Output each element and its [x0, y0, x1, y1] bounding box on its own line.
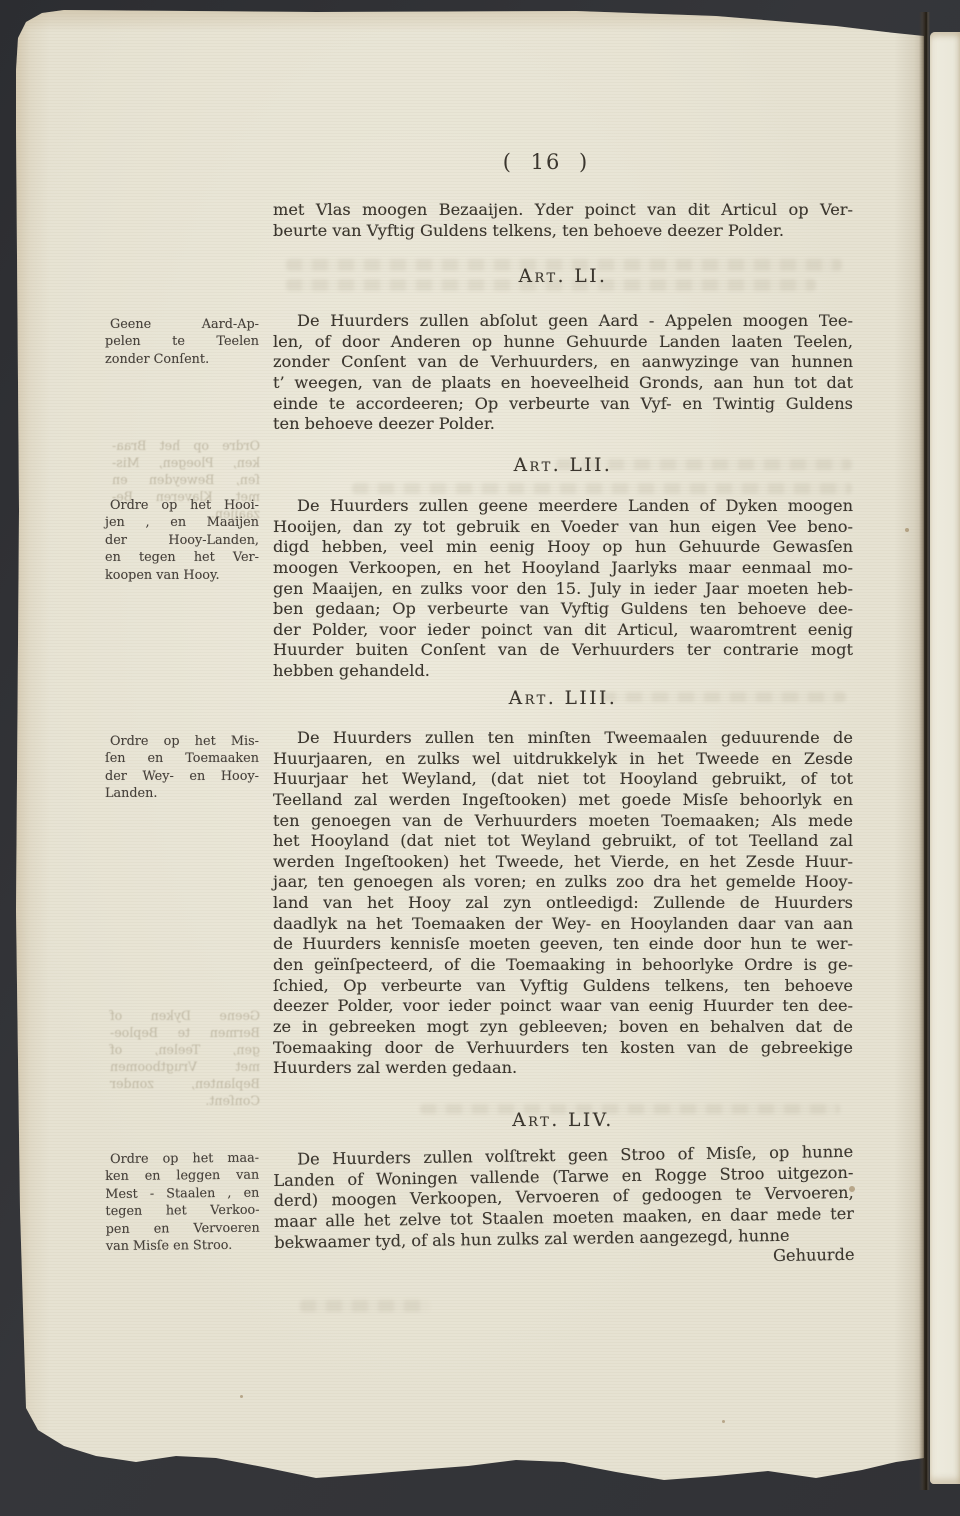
article-lii-heading: Art. LII. [273, 455, 853, 476]
showthrough-smudge [300, 1300, 430, 1312]
text-line: Conſent. [110, 1092, 260, 1109]
text-line: Toemaaking door de Verhuurders ten koste… [273, 1038, 853, 1059]
text-line: Bermen te Beploe- [110, 1024, 260, 1041]
text-line: De Huurders zullen geene meerdere Landen… [273, 496, 853, 517]
text-line: pen en Vervoeren [106, 1219, 260, 1238]
next-page-edge [930, 32, 960, 1484]
text-line: Ordre op het maa- [105, 1150, 259, 1169]
text-line: t’ weegen, van de plaats en hoeveelheid … [273, 373, 853, 394]
text-line: der Wey- en Hooy- [105, 768, 259, 785]
foxing-spot [849, 1186, 855, 1192]
text-line: Huurjaar het Weyland, (dat niet tot Hooy… [273, 769, 853, 790]
text-line: ſchied, Op verbeurte van Vyftig Guldens … [273, 976, 853, 997]
text-line: ken, Ploegen, Mis- [112, 454, 260, 471]
text-line: Teelland zal werden Ingeſtooken) met goe… [273, 790, 853, 811]
margin-note-lines: Ordre op het Mis-ſen en Toemaakender Wey… [105, 733, 259, 803]
text-line: Ordre op het Braa- [112, 437, 260, 454]
text-line: Huurders zal werden gedaan. [273, 1058, 853, 1079]
text-line: van Misſe en Stroo. [106, 1237, 260, 1256]
text-line: ze in gebreeken mogt zyn gebleeven; bove… [273, 1017, 853, 1038]
text-line: jaar, ten genoegen als voren; en zulks z… [273, 872, 853, 893]
text-line: ten genoegen van de Verhuurders moeten T… [273, 811, 853, 832]
paragraph-lines: De Huurders zullen geene meerdere Landen… [273, 496, 853, 682]
text-line: en tegen het Ver- [105, 549, 259, 566]
text-line: Ordre op het Mis- [105, 733, 259, 750]
text-line: hebben gehandeld. [273, 661, 853, 682]
foxing-spot [240, 1395, 243, 1398]
text-line: het Hooyland (dat niet tot Weyland gebru… [273, 831, 853, 852]
gutter-crease [919, 12, 930, 1490]
text-line: moogen Verkoopen, en het Hooyland Jaarly… [273, 558, 853, 579]
text-line: digd hebben, veel min eenig Hooy op hun … [273, 537, 853, 558]
text-line: Geene Aard-Ap- [105, 316, 259, 333]
text-line: Mest - Staalen , en [105, 1184, 259, 1203]
text-line: Geene Dyken of [110, 1007, 260, 1024]
text-line: Huurder buiten Conſent van de Verhuurder… [273, 640, 853, 661]
paragraph-lines: De Huurders zullen volſtrekt geen Stroo … [273, 1142, 854, 1253]
scan-background: Ordre op het Braa-ken, Ploegen, Mis-ſen,… [0, 0, 960, 1516]
text-line: pelen te Teelen [105, 333, 259, 350]
article-li-text: De Huurders zullen abſolut geen Aard - A… [273, 311, 853, 435]
text-line: der Hooy-Landen, [105, 532, 259, 549]
text-line: De Huurders zullen ten minſten Tweemaale… [273, 728, 853, 749]
showthrough-smudge [352, 483, 852, 494]
text-line: gen, Teelen, of [110, 1041, 260, 1058]
text-line: Ordre op het Hooi- [105, 497, 259, 514]
text-line: einde te accordeeren; Op verbeurte van V… [273, 394, 853, 415]
margin-note-liv: Ordre op het maa-ken en leggen vanMest -… [105, 1150, 260, 1256]
text-line: zonder Conſent van de Verhuurders, en aa… [273, 352, 853, 373]
margin-note-lines: Geene Aard-Ap-pelen te Teelenzonder Conſ… [105, 316, 259, 368]
text-line: ten behoeve deezer Polder. [273, 414, 853, 435]
text-line: Landen. [105, 785, 259, 802]
text-line: jen , en Maaijen [105, 514, 259, 531]
margin-note-li: Geene Aard-Ap-pelen te Teelenzonder Conſ… [105, 316, 259, 368]
ghost-text-lines: Geene Dyken ofBermen te Beploe-gen, Teel… [110, 1007, 260, 1109]
text-line: koopen van Hooy. [105, 567, 259, 584]
text-line: De Huurders zullen abſolut geen Aard - A… [273, 311, 853, 332]
text-line: met Vlas moogen Bezaaijen. Yder poinct v… [273, 200, 853, 221]
margin-note-lines: Ordre op het Hooi-jen , en Maaijender Ho… [105, 497, 259, 584]
foxing-spot [905, 528, 909, 532]
text-line: ben gedaan; Op verbeurte van Vyftig Guld… [273, 599, 853, 620]
text-line: de Huurders kennisſe moeten geeven, ten … [273, 934, 853, 955]
text-line: Beplanten, zonder [110, 1075, 260, 1092]
text-line: len, of door Anderen op hunne Gehuurde L… [273, 332, 853, 353]
article-liv-text: De Huurders zullen volſtrekt geen Stroo … [273, 1142, 855, 1274]
text-line: daadlyk na het Toemaaken der Wey- en Hoo… [273, 914, 853, 935]
article-lii-text: De Huurders zullen geene meerdere Landen… [273, 496, 853, 682]
text-line: ſen, Beweyden en [112, 471, 260, 488]
margin-note-liii: Ordre op het Mis-ſen en Toemaakender Wey… [105, 733, 259, 803]
paragraph-lines: De Huurders zullen abſolut geen Aard - A… [273, 311, 853, 435]
text-line: met Vrugtboomen [110, 1058, 260, 1075]
text-line: ſen en Toemaaken [105, 750, 259, 767]
article-li-heading: Art. LI. [273, 266, 853, 287]
continuation-paragraph: met Vlas moogen Bezaaijen. Yder poinct v… [273, 200, 853, 241]
ghost-verso-note-bottom: Geene Dyken ofBermen te Beploe-gen, Teel… [110, 1007, 260, 1109]
text-line: der Polder, voor ieder poinct van dit Ar… [273, 620, 853, 641]
text-line: Hooijen, dan zy tot gebruik en Voeder va… [273, 517, 853, 538]
paragraph-lines: De Huurders zullen ten minſten Tweemaale… [273, 728, 853, 1079]
text-line: tegen het Verkoo- [105, 1202, 259, 1221]
text-line: werden Ingeſtooken) het Tweede, het Vier… [273, 852, 853, 873]
paragraph-lines: met Vlas moogen Bezaaijen. Yder poinct v… [273, 200, 853, 241]
margin-note-lii: Ordre op het Hooi-jen , en Maaijender Ho… [105, 497, 259, 584]
text-line: zonder Conſent. [105, 351, 259, 368]
foxing-spot [722, 1420, 725, 1423]
article-liv-heading: Art. LIV. [273, 1110, 853, 1131]
text-line: den geïnſpecteerd, of die Toemaaking in … [273, 955, 853, 976]
article-liii-heading: Art. LIII. [273, 688, 853, 709]
text-line: land van het Hooy zal zyn ontleedigd: Zu… [273, 893, 853, 914]
text-line: ken en leggen van [105, 1167, 259, 1186]
text-line: Huurjaaren, en zulks wel uitdrukkelyk in… [273, 749, 853, 770]
text-line: beurte van Vyftig Guldens telkens, ten b… [273, 221, 853, 242]
article-liii-text: De Huurders zullen ten minſten Tweemaale… [273, 728, 853, 1079]
page-number: ( 16 ) [256, 150, 836, 174]
text-line: gen Maaijen, en zulks voor den 15. July … [273, 579, 853, 600]
margin-note-lines: Ordre op het maa-ken en leggen vanMest -… [105, 1150, 260, 1256]
text-line: deezer Polder, voor ieder poinct waar va… [273, 996, 853, 1017]
